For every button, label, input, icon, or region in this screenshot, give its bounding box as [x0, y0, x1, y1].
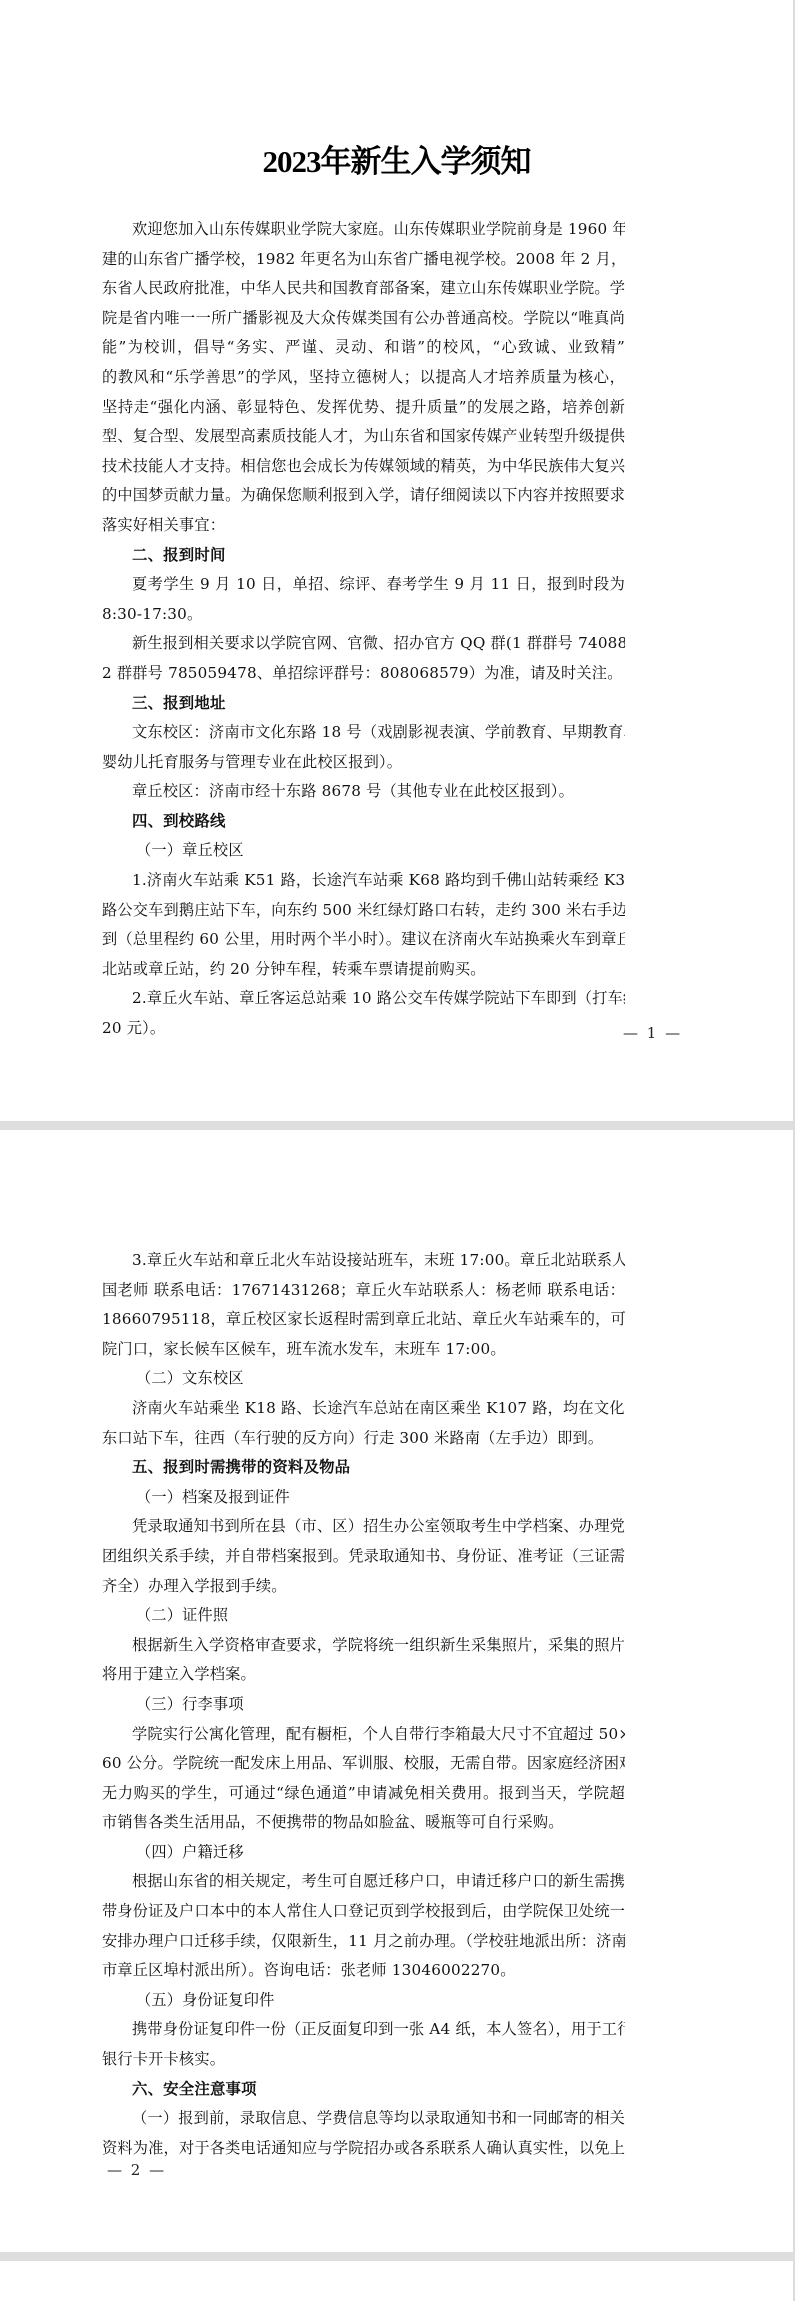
- body-text-line: 北站或章丘站，约 20 分钟车程，转乘车票请提前购买。: [102, 955, 625, 985]
- body-text-line: 安排办理户口迁移手续，仅限新生，11 月之前办理。（学校驻地派出所：济南: [102, 1927, 625, 1957]
- page-1-body: 欢迎您加入山东传媒职业学院大家庭。山东传媒职业学院前身是 1960 年创建的山东…: [102, 215, 625, 1044]
- body-text-line: 根据山东省的相关规定，考生可自愿迁移户口，申请迁移户口的新生需携: [102, 1867, 625, 1897]
- body-text-line: 1.济南火车站乘 K51 路，长途汽车站乘 K68 路均到千佛山站转乘经 K30…: [102, 866, 625, 896]
- body-text-line: 凭录取通知书到所在县（市、区）招生办公室领取考生中学档案、办理党: [102, 1512, 625, 1542]
- document-title: 2023年新生入学须知: [0, 136, 793, 181]
- body-text-line: 2.章丘火车站、章丘客运总站乘 10 路公交车传媒学院站下车即到（打车约: [102, 984, 625, 1014]
- body-text-line: 院门口，家长候车区候车，班车流水发车，末班车 17:00。: [102, 1335, 625, 1365]
- body-text-line: 带身份证及户口本中的本人常住人口登记页到学校报到后，由学院保卫处统一: [102, 1897, 625, 1927]
- body-text-line: 3.章丘火车站和章丘北火车站设接站班车，末班 17:00。章丘北站联系人：: [102, 1246, 625, 1276]
- subsection-heading: （二）文东校区: [102, 1364, 625, 1394]
- body-text-line: 根据新生入学资格审查要求，学院将统一组织新生采集照片，采集的照片: [102, 1631, 625, 1661]
- body-text-line: 市销售各类生活用品，不便携带的物品如脸盆、暖瓶等可自行采购。: [102, 1808, 625, 1838]
- page-number-2: — 2 —: [107, 2161, 166, 2179]
- body-text-line: 银行卡开卡核实。: [102, 2045, 625, 2075]
- page-separator: [0, 2252, 793, 2261]
- body-text-line: 院是省内唯一一所广播影视及大众传媒类国有公办普通高校。学院以“唯真尚: [102, 304, 625, 334]
- body-text-line: 市章丘区埠村派出所）。咨询电话：张老师 13046002270。: [102, 1956, 625, 1986]
- body-text-line: 齐全）办理入学报到手续。: [102, 1572, 625, 1602]
- body-text-line: 夏考学生 9 月 10 日，单招、综评、春考学生 9 月 11 日，报到时段为: [102, 570, 625, 600]
- body-text-line: 落实好相关事宜：: [102, 511, 625, 541]
- section-heading: 二、报到时间: [102, 541, 625, 571]
- document-page-3: [0, 2261, 793, 2301]
- body-text-line: 路公交车到鹅庄站下车，向东约 500 米红绿灯路口右转，走约 300 米右手边即: [102, 896, 625, 926]
- body-text-line: 章丘校区：济南市经十东路 8678 号（其他专业在此校区报到）。: [102, 777, 625, 807]
- page-number-1: — 1 —: [623, 1024, 682, 1042]
- subsection-heading: （一）档案及报到证件: [102, 1483, 625, 1513]
- body-text-line: 济南火车站乘坐 K18 路、长途汽车总站在南区乘坐 K107 路，均在文化东路: [102, 1394, 625, 1424]
- body-text-line: 东省人民政府批准，中华人民共和国教育部备案，建立山东传媒职业学院。学: [102, 274, 625, 304]
- body-text-line: 的中国梦贡献力量。为确保您顺利报到入学，请仔细阅读以下内容并按照要求: [102, 481, 625, 511]
- body-text-line: 坚持走“强化内涵、彰显特色、发挥优势、提升质量”的发展之路，培养创新: [102, 393, 625, 423]
- body-text-line: 技术技能人才支持。相信您也会成长为传媒领域的精英，为中华民族伟大复兴: [102, 452, 625, 482]
- body-text-line: 东口站下车，往西（车行驶的反方向）行走 300 米路南（左手边）即到。: [102, 1424, 625, 1454]
- section-heading: 六、安全注意事项: [102, 2075, 625, 2105]
- body-text-line: 新生报到相关要求以学院官网、官微、招办官方 QQ 群(1 群群号 7408844…: [102, 629, 625, 659]
- body-text-line: 建的山东省广播学校，1982 年更名为山东省广播电视学校。2008 年 2 月，…: [102, 245, 625, 275]
- subsection-heading: （三）行李事项: [102, 1690, 625, 1720]
- body-text-line: 型、复合型、发展型高素质技能人才，为山东省和国家传媒产业转型升级提供: [102, 422, 625, 452]
- page-2-body: 3.章丘火车站和章丘北火车站设接站班车，末班 17:00。章丘北站联系人：国老师…: [102, 1246, 625, 2163]
- section-heading: 三、报到地址: [102, 689, 625, 719]
- section-heading: 四、到校路线: [102, 807, 625, 837]
- subsection-heading: （一）章丘校区: [102, 836, 625, 866]
- body-text-line: 18660795118，章丘校区家长返程时需到章丘北站、章丘火车站乘车的，可在学: [102, 1305, 625, 1335]
- body-text-line: 学院实行公寓化管理，配有橱柜，个人自带行李箱最大尺寸不宜超过 50×: [102, 1720, 625, 1750]
- subsection-heading: （五）身份证复印件: [102, 1986, 625, 2016]
- body-text-line: 将用于建立入学档案。: [102, 1660, 625, 1690]
- body-text-line: 的教风和“乐学善思”的学风，坚持立德树人；以提高人才培养质量为核心，: [102, 363, 625, 393]
- body-text-line: 20 元）。: [102, 1014, 625, 1044]
- body-text-line: 2 群群号 785059478、单招综评群号：808068579）为准，请及时关…: [102, 659, 625, 689]
- body-text-line: （一）报到前，录取信息、学费信息等均以录取通知书和一同邮寄的相关: [102, 2104, 625, 2134]
- body-text-line: 文东校区：济南市文化东路 18 号（戏剧影视表演、学前教育、早期教育、: [102, 718, 625, 748]
- body-text-line: 国老师 联系电话：17671431268；章丘火车站联系人：杨老师 联系电话：: [102, 1276, 625, 1306]
- body-text-line: 8:30-17:30。: [102, 600, 625, 630]
- body-text-line: 无力购买的学生，可通过“绿色通道”申请减免相关费用。报到当天，学院超: [102, 1779, 625, 1809]
- subsection-heading: （二）证件照: [102, 1601, 625, 1631]
- page-separator: [0, 1121, 793, 1130]
- section-heading: 五、报到时需携带的资料及物品: [102, 1453, 625, 1483]
- subsection-heading: （四）户籍迁移: [102, 1838, 625, 1868]
- body-text-line: 60 公分。学院统一配发床上用品、军训服、校服，无需自带。因家庭经济困难: [102, 1749, 625, 1779]
- body-text-line: 能”为校训，倡导“务实、严谨、灵动、和谐”的校风，“心致诚、业致精”: [102, 333, 625, 363]
- body-text-line: 携带身份证复印件一份（正反面复印到一张 A4 纸，本人签名），用于工行: [102, 2015, 625, 2045]
- body-text-line: 到（总里程约 60 公里，用时两个半小时）。建议在济南火车站换乘火车到章丘: [102, 925, 625, 955]
- body-text-line: 资料为准，对于各类电话通知应与学院招办或各系联系人确认真实性，以免上: [102, 2134, 625, 2164]
- body-text-line: 团组织关系手续，并自带档案报到。凭录取通知书、身份证、准考证（三证需: [102, 1542, 625, 1572]
- body-text-line: 婴幼儿托育服务与管理专业在此校区报到）。: [102, 748, 625, 778]
- body-text-line: 欢迎您加入山东传媒职业学院大家庭。山东传媒职业学院前身是 1960 年创: [102, 215, 625, 245]
